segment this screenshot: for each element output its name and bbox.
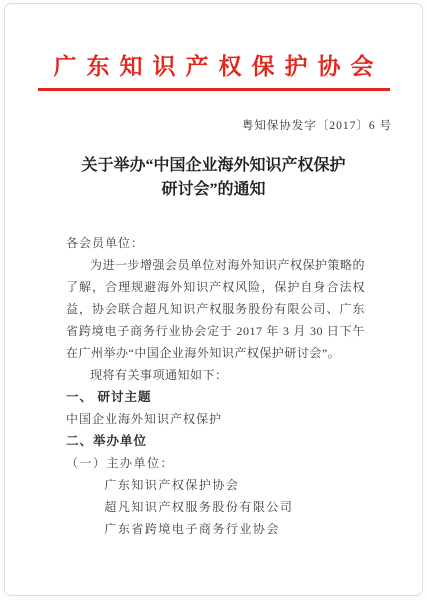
intro-paragraph: 为进一步增强会员单位对海外知识产权保护策略的了解，合理规避海外知识产权风险，保护…: [66, 254, 365, 364]
lead-in-paragraph: 现将有关事项通知如下：: [66, 364, 365, 386]
notice-title: 关于举办“中国企业海外知识产权保护 研讨会”的通知: [5, 154, 422, 202]
salutation: 各会员单位：: [66, 232, 365, 254]
notice-title-line-2: 研讨会”的通知: [5, 178, 422, 202]
organizer-item: 广东知识产权保护协会: [66, 474, 365, 496]
organizer-item: 超凡知识产权服务股份有限公司: [66, 496, 365, 518]
document-reference-number: 粤知保协发字〔2017〕6 号: [5, 117, 422, 133]
organizer-list: 广东知识产权保护协会 超凡知识产权服务股份有限公司 广东省跨境电子商务行业协会: [66, 474, 365, 540]
notice-title-line-1: 关于举办“中国企业海外知识产权保护: [5, 154, 422, 178]
section-2-sub-heading: （一）主办单位：: [66, 452, 365, 474]
section-1-content: 中国企业海外知识产权保护: [66, 408, 365, 430]
letterhead-double-rule: [38, 88, 390, 91]
section-2-heading: 二、举办单位: [66, 430, 365, 452]
notice-body: 各会员单位： 为进一步增强会员单位对海外知识产权保护策略的了解，合理规避海外知识…: [5, 232, 422, 540]
section-1-heading: 一、 研讨主题: [66, 386, 365, 408]
letterhead-org-title: 广东知识产权保护协会: [5, 48, 422, 81]
document-page: 广东知识产权保护协会 粤知保协发字〔2017〕6 号 关于举办“中国企业海外知识…: [4, 3, 423, 596]
organizer-item: 广东省跨境电子商务行业协会: [66, 518, 365, 540]
